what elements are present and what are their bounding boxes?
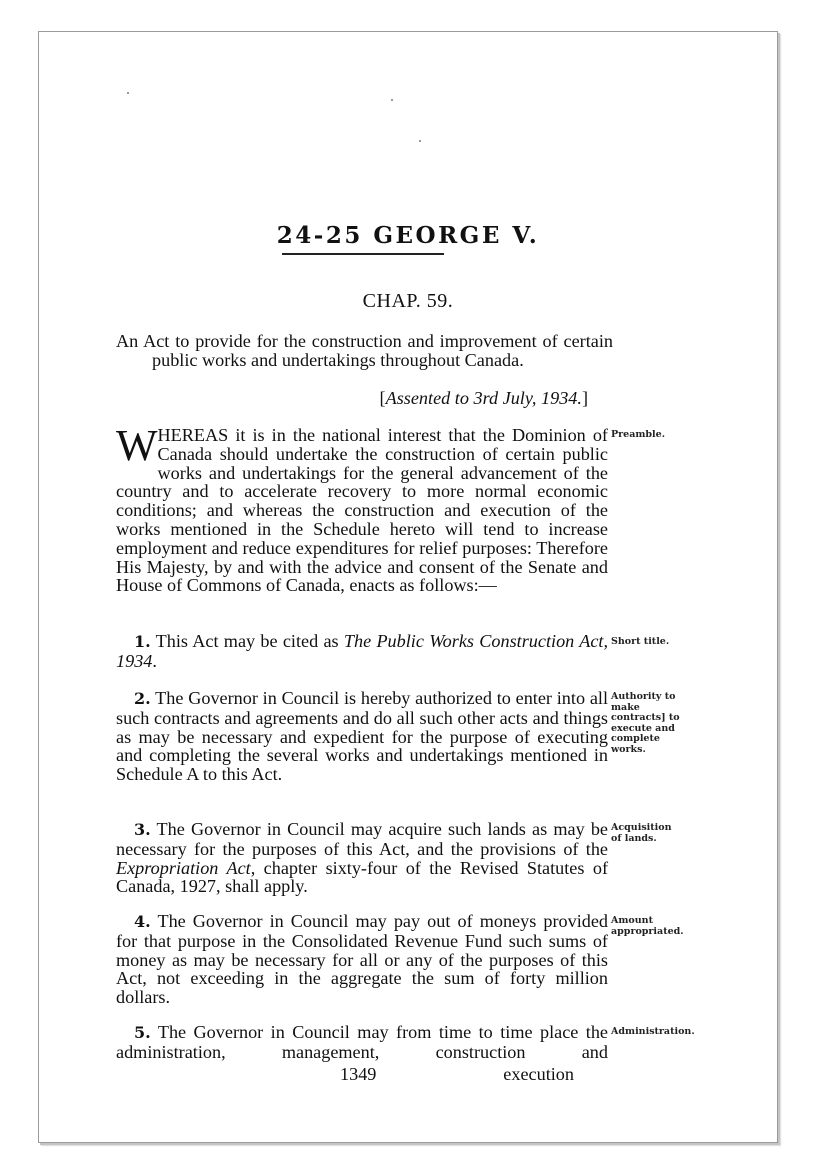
section-text: This Act may be cited as (156, 631, 344, 651)
margin-note-authority: Authority to make contracts] to execute … (611, 692, 683, 755)
section-number: 1. (134, 632, 151, 651)
chapter-number: CHAP. 59. (39, 290, 777, 313)
section-number: 2. (134, 689, 151, 708)
section-number: 3. (134, 820, 151, 839)
section-number: 4. (134, 912, 151, 931)
section-text: The Governor in Council may pay out of m… (116, 911, 608, 1007)
preamble: W HEREAS it is in the national interest … (116, 426, 608, 595)
section-text: The Governor in Council may acquire such… (116, 819, 608, 859)
assent-text: Assented to 3rd July, 1934. (386, 388, 582, 408)
document-page: 24-25 GEORGE V. CHAP. 59. An Act to prov… (38, 31, 778, 1143)
expropriation-act-title: Expropriation Act (116, 858, 251, 878)
scan-speck (391, 99, 393, 101)
title-rule (282, 253, 444, 255)
section-text: The Governor in Council is hereby author… (116, 688, 608, 784)
margin-note-short-title: Short title. (611, 637, 701, 648)
section-5: 5. The Governor in Council may from time… (116, 1023, 608, 1062)
margin-note-acquisition: Acquisition of lands. (611, 823, 683, 844)
page-number: 1349 (340, 1064, 376, 1085)
scan-speck (127, 92, 129, 94)
section-2: 2. The Governor in Council is hereby aut… (116, 689, 608, 784)
section-4: 4. The Governor in Council may pay out o… (116, 912, 608, 1007)
assent-date: [Assented to 3rd July, 1934.] (380, 388, 588, 409)
catchword: execution (503, 1064, 574, 1085)
section-text: The Governor in Council may from time to… (116, 1022, 608, 1062)
section-3: 3. The Governor in Council may acquire s… (116, 820, 608, 896)
drop-cap: W (116, 428, 156, 464)
section-text-end: . (152, 651, 157, 671)
running-head: 24-25 GEORGE V. (39, 222, 777, 249)
preamble-text: HEREAS it is in the national interest th… (116, 426, 608, 595)
margin-note-administration: Administration. (611, 1027, 677, 1038)
section-number: 5. (134, 1023, 151, 1042)
margin-note-preamble: Preamble. (611, 430, 701, 441)
margin-note-amount: Amount appropriated. (611, 916, 683, 937)
section-1: 1. This Act may be cited as The Public W… (116, 632, 608, 671)
scan-speck (419, 140, 421, 142)
long-title: An Act to provide for the construction a… (116, 332, 613, 370)
